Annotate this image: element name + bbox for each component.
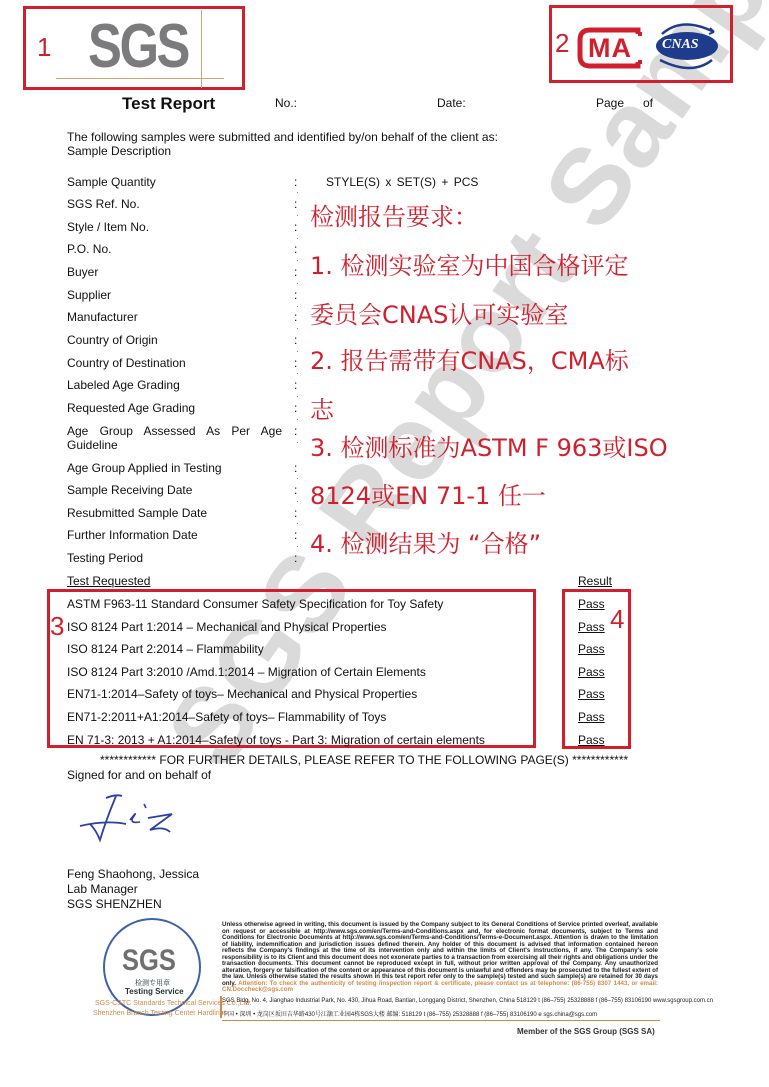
sample-quantity-value: STYLE(S) x SET(S) + PCS	[326, 175, 478, 189]
continuation-mark: ·	[296, 438, 299, 447]
field-colon: :	[294, 265, 297, 279]
address-chinese: 中国 • 深圳 • 龙岗区坂田吉华路430号江灏工业园4栋SGS大楼 邮编: 5…	[222, 1009, 597, 1018]
field-label: Style / Item No.	[67, 220, 282, 234]
legal-disclaimer: Unless otherwise agreed in writing, this…	[222, 922, 658, 994]
cma-logo-text: MA	[588, 33, 632, 64]
test-requested-item: EN71-1:2014–Safety of toys– Mechanical a…	[67, 687, 417, 701]
authenticity-notice: Attention: To check the authenticity of …	[222, 980, 658, 994]
annotation-number-3: 3	[50, 613, 64, 639]
field-label-line: Age Group Assessed As Per Age	[67, 424, 282, 438]
continuation-mark: ·	[296, 415, 299, 424]
signer-title: Lab Manager	[67, 882, 199, 897]
continuation-mark: ·	[296, 474, 299, 483]
field-colon: :	[294, 197, 297, 211]
annotation-number-4: 4	[610, 606, 624, 632]
test-requested-header: Test Requested	[67, 574, 150, 588]
requirement-line: 8124或EN 71-1 任一	[310, 484, 546, 508]
stamp-company-line2: Shenzhen Branch Testing Center Hardlines	[93, 1010, 227, 1017]
field-colon: :	[294, 356, 297, 370]
test-result: Pass	[578, 642, 605, 656]
test-requested-item: EN 71-3: 2013 + A1:2014–Safety of toys -…	[67, 733, 485, 747]
continuation-mark: ·	[296, 188, 299, 197]
test-requested-item: ISO 8124 Part 3:2010 /Amd.1:2014 – Migra…	[67, 665, 426, 679]
field-colon: :	[294, 483, 297, 497]
sample-description-label: Sample Description	[67, 144, 498, 158]
test-requested-item: ISO 8124 Part 1:2014 – Mechanical and Ph…	[67, 620, 387, 634]
field-label: Country of Destination	[67, 356, 282, 370]
field-label: Manufacturer	[67, 310, 282, 324]
cnas-logo-text: CNAS	[662, 37, 699, 53]
report-title: Test Report	[122, 94, 215, 114]
continuation-mark: ·	[296, 347, 299, 356]
member-note: Member of the SGS Group (SGS SA)	[517, 1027, 655, 1036]
field-colon: :	[294, 220, 297, 234]
continuation-mark: ·	[296, 256, 299, 265]
requirement-line: 1. 检测实验室为中国合格评定	[310, 254, 629, 278]
test-result: Pass	[578, 733, 605, 747]
signer-name: Feng Shaohong, Jessica	[67, 867, 199, 882]
signed-for-label: Signed for and on behalf of	[67, 768, 211, 782]
field-colon: :	[294, 551, 297, 565]
requirement-line: 4. 检测结果为 “合格”	[310, 532, 541, 556]
field-label: Country of Origin	[67, 333, 282, 347]
further-details-note: ************ FOR FURTHER DETAILS, PLEASE…	[100, 753, 628, 767]
requirement-line: 2. 报告需带有CNAS，CMA标	[310, 349, 629, 373]
report-no-label: No.:	[275, 96, 297, 110]
cma-logo-icon: MA	[576, 26, 648, 70]
signer-org: SGS SHENZHEN	[67, 897, 199, 912]
field-colon: :	[294, 242, 297, 256]
intro-text: The following samples were submitted and…	[67, 130, 498, 158]
intro-line: The following samples were submitted and…	[67, 130, 498, 144]
continuation-mark: ·	[296, 234, 299, 243]
logo-rule-vertical	[201, 10, 202, 88]
stamp-en-text: Testing Service	[125, 987, 184, 996]
requirement-line: 检测报告要求：	[310, 205, 478, 229]
field-label: Testing Period	[67, 551, 282, 565]
stamp-logo: SGS	[122, 944, 176, 978]
field-label: Labeled Age Grading	[67, 378, 282, 392]
continuation-mark: ·	[296, 519, 299, 528]
field-colon: :	[294, 528, 297, 542]
legal-text: Unless otherwise agreed in writing, this…	[222, 921, 658, 987]
field-label: P.O. No.	[67, 242, 282, 256]
address-english: SGS Bldg, No. 4, Jianghao Industrial Par…	[222, 998, 713, 1004]
report-date-label: Date:	[437, 96, 466, 110]
field-label: Sample Quantity	[67, 175, 282, 189]
requirement-line: 3. 检测标准为ASTM F 963或ISO	[310, 436, 668, 460]
page-label: Page	[596, 96, 624, 110]
field-label: Age Group Assessed As Per AgeGuideline	[67, 424, 282, 452]
field-label: Requested Age Grading	[67, 401, 282, 415]
continuation-mark: ·	[296, 369, 299, 378]
field-colon: :	[294, 333, 297, 347]
continuation-mark: ·	[296, 324, 299, 333]
result-header: Result	[578, 574, 612, 588]
sgs-logo: SGS	[88, 16, 188, 78]
field-colon: :	[294, 310, 297, 324]
field-colon: :	[294, 461, 297, 475]
continuation-mark: ·	[296, 497, 299, 506]
continuation-mark: ·	[296, 302, 299, 311]
field-colon: :	[294, 288, 297, 302]
field-colon: :	[294, 378, 297, 392]
requirement-line: 委员会CNAS认可实验室	[310, 303, 568, 327]
field-label-line: Guideline	[67, 438, 282, 452]
test-result: Pass	[578, 710, 605, 724]
test-result: Pass	[578, 665, 605, 679]
footer-rule	[222, 1020, 660, 1021]
annotation-number-2: 2	[555, 30, 569, 56]
test-result: Pass	[578, 620, 605, 634]
logo-rule-horizontal	[56, 78, 224, 79]
field-colon: :	[294, 424, 297, 438]
requirement-line: 志	[310, 398, 334, 422]
field-label: Resubmitted Sample Date	[67, 506, 282, 520]
test-result: Pass	[578, 597, 605, 611]
field-label: SGS Ref. No.	[67, 197, 282, 211]
cnas-logo-icon: CNAS	[652, 20, 722, 72]
field-colon: :	[294, 175, 297, 189]
signer-block: Feng Shaohong, Jessica Lab Manager SGS S…	[67, 867, 199, 912]
test-requested-item: ASTM F963-11 Standard Consumer Safety Sp…	[67, 597, 443, 611]
continuation-mark: ·	[296, 542, 299, 551]
field-colon: :	[294, 506, 297, 520]
field-label: Age Group Applied in Testing	[67, 461, 282, 475]
page-of-label: of	[643, 96, 653, 110]
test-requested-item: ISO 8124 Part 2:2014 – Flammability	[67, 642, 264, 656]
field-label: Sample Receiving Date	[67, 483, 282, 497]
signature-icon	[76, 790, 186, 850]
field-label: Supplier	[67, 288, 282, 302]
continuation-mark: ·	[296, 211, 299, 220]
field-label: Buyer	[67, 265, 282, 279]
continuation-mark: ·	[296, 392, 299, 401]
continuation-mark: ·	[296, 279, 299, 288]
annotation-number-1: 1	[37, 34, 51, 60]
field-colon: :	[294, 401, 297, 415]
test-requested-item: EN71-2:2011+A1:2014–Safety of toys– Flam…	[67, 710, 386, 724]
field-label: Further Information Date	[67, 528, 282, 542]
test-result: Pass	[578, 687, 605, 701]
